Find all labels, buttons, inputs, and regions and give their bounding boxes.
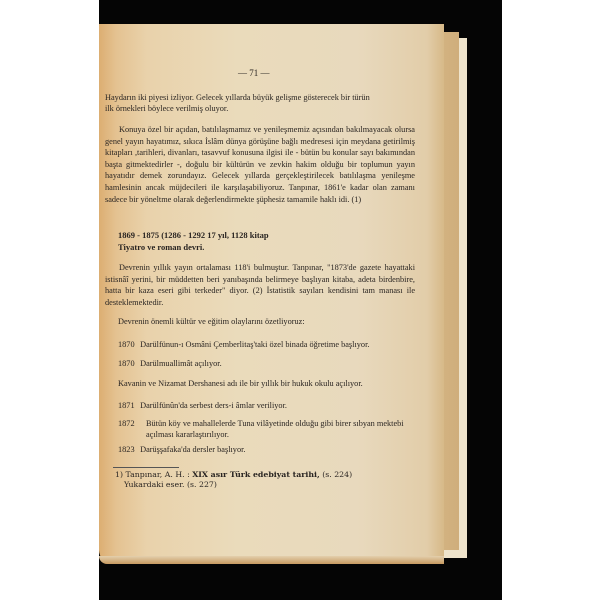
page-bottom-edge — [99, 556, 444, 564]
event-item: 1872 Bütün köy ve mahallelerde Tuna vilâ… — [118, 418, 418, 440]
event-year: 1823 — [118, 444, 138, 455]
event-item: Kavanin ve Nizamat Dershanesi adı ile bi… — [118, 378, 418, 389]
event-text: Darülfünun-ı Osmâni Çemberlitaş'taki öze… — [140, 340, 369, 349]
event-item: 1871 Darülfünûn'da serbest ders-i âmlar … — [118, 400, 418, 411]
event-item: 1870 Darülmuallimât açılıyor. — [118, 358, 418, 369]
event-item: 1823 Darüşşafaka'da dersler başlıyor. — [118, 444, 418, 455]
event-year: 1870 — [118, 358, 138, 369]
page-number: — 71 — — [238, 68, 270, 79]
event-text: Darüşşafaka'da dersler başlıyor. — [140, 445, 245, 454]
event-text: Darülfünûn'da serbest ders-i âmlar veril… — [140, 401, 287, 410]
intro-paragraph: Haydarın iki piyesi izliyor. Gelecek yıl… — [105, 92, 415, 114]
footnote-title: XIX asır Türk edebiyat tarihi, — [192, 470, 320, 479]
event-year: 1872 — [118, 418, 135, 429]
footnote-divider — [113, 467, 179, 468]
paragraph-2: Devrenin yıllık yayın ortalaması 118'i b… — [105, 262, 415, 308]
section-subheading: Tiyatro ve roman devri. — [118, 242, 204, 253]
footnote-1: 1) Tanpınar, A. H. : XIX asır Türk edebi… — [115, 470, 352, 480]
event-year: 1870 — [118, 339, 138, 350]
event-year: 1871 — [118, 400, 138, 411]
intro-line: Haydarın iki piyesi izliyor. Gelecek yıl… — [105, 92, 415, 103]
event-text: Bütün köy ve mahallelerde Tuna vilâyetin… — [146, 418, 418, 440]
intro-line: ilk örnekleri böylece verilmiş oluyor. — [105, 103, 415, 114]
event-item: 1870 Darülfünun-ı Osmâni Çemberlitaş'tak… — [118, 339, 418, 350]
footnote-ref: (s. 224) — [320, 470, 352, 479]
footnote-text: Yukardaki eser. (s. 227) — [124, 480, 217, 489]
footnote-text: 1) Tanpınar, A. H. : — [115, 470, 192, 479]
event-text: Darülmuallimât açılıyor. — [140, 359, 222, 368]
footnote-2: Yukardaki eser. (s. 227) — [124, 480, 217, 490]
section-heading: 1869 - 1875 (1286 - 1292 17 yıl, 1128 ki… — [118, 230, 269, 241]
events-intro: Devrenin önemli kültür ve eğitim olaylar… — [118, 316, 418, 327]
paragraph-1: Konuya özel bir açıdan, batılılaşmamız v… — [105, 124, 415, 205]
event-text: Kavanin ve Nizamat Dershanesi adı ile bi… — [118, 379, 363, 388]
